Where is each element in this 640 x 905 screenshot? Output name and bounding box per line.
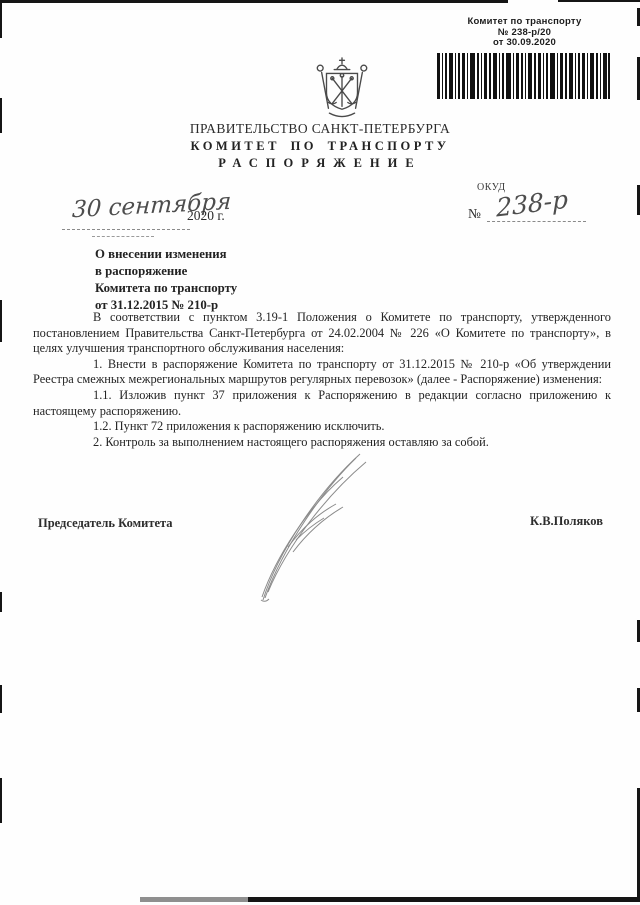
scan-edge-left-3 bbox=[0, 300, 2, 342]
subject-block: О внесении изменения в распоряжение Коми… bbox=[95, 246, 237, 314]
subject-line: Комитета по транспорту bbox=[95, 280, 237, 297]
body-paragraph-item-1: 1. Внести в распоряжение Комитета по тра… bbox=[33, 357, 611, 388]
scan-edge-top bbox=[0, 0, 508, 3]
scan-edge-left-1 bbox=[0, 0, 2, 38]
handwritten-number: 238-р bbox=[496, 185, 568, 223]
signature-scribble-icon bbox=[248, 452, 378, 609]
committee-title: КОМИТЕТ ПО ТРАНСПОРТУ bbox=[0, 139, 640, 154]
signer-name: К.В.Поляков bbox=[530, 514, 603, 529]
body-paragraph-item-2: 2. Контроль за выполнением настоящего ра… bbox=[33, 435, 611, 451]
date-underline bbox=[62, 229, 190, 230]
okud-label: ОКУД bbox=[477, 182, 506, 193]
stamp-date: от 30.09.2020 bbox=[437, 38, 612, 49]
document-body: В соответствии с пунктом 3.19-1 Положени… bbox=[33, 310, 611, 450]
signer-title: Председатель Комитета bbox=[38, 516, 173, 531]
scan-edge-left-5 bbox=[0, 685, 2, 713]
document-type-title: РАСПОРЯЖЕНИЕ bbox=[0, 156, 640, 171]
government-title: ПРАВИТЕЛЬСТВО САНКТ-ПЕТЕРБУРГА bbox=[0, 121, 640, 137]
document-header: ПРАВИТЕЛЬСТВО САНКТ-ПЕТЕРБУРГА КОМИТЕТ П… bbox=[0, 121, 640, 171]
number-underline bbox=[487, 221, 586, 222]
date-underline-secondary bbox=[92, 236, 154, 237]
date-year: 2020 г. bbox=[187, 208, 225, 224]
body-paragraph-item-1-2: 1.2. Пункт 72 приложения к распоряжению … bbox=[33, 419, 611, 435]
body-paragraph-item-1-1: 1.1. Изложив пункт 37 приложения к Распо… bbox=[33, 388, 611, 419]
body-paragraph-preamble: В соответствии с пунктом 3.19-1 Положени… bbox=[33, 310, 611, 357]
subject-line: в распоряжение bbox=[95, 263, 237, 280]
registration-stamp: Комитет по транспорту № 238-р/20 от 30.0… bbox=[437, 17, 612, 99]
stamp-committee: Комитет по транспорту bbox=[437, 17, 612, 28]
number-sign-label: № bbox=[468, 206, 481, 222]
scan-edge-bottom-gray bbox=[140, 897, 248, 902]
barcode-icon bbox=[437, 53, 610, 99]
coat-of-arms-icon bbox=[304, 56, 380, 123]
scan-edge-left-6 bbox=[0, 778, 2, 823]
scan-edge-left-4 bbox=[0, 592, 2, 612]
scan-edge-top-right bbox=[558, 0, 640, 2]
subject-line: О внесении изменения bbox=[95, 246, 237, 263]
scanned-document-page: Комитет по транспорту № 238-р/20 от 30.0… bbox=[0, 0, 640, 905]
